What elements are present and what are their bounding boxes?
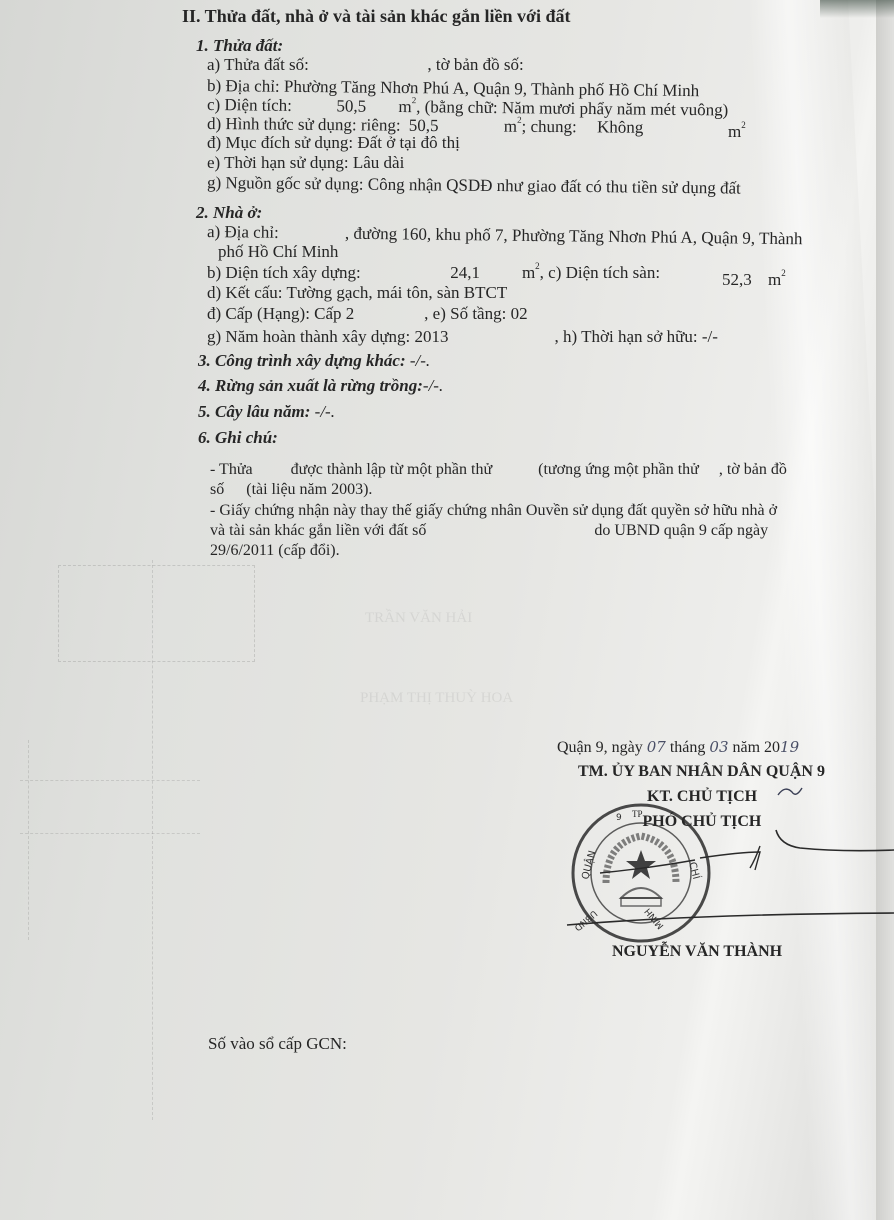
issue-year: 19 <box>780 738 799 756</box>
other-construction: 3. Công trình xây dựng khác: -/-. <box>198 351 430 371</box>
completed-label: g) Năm hoàn thành xây dựng: <box>207 327 410 346</box>
notes-line-1: - Thửa được thành lập từ một phần thử (t… <box>210 460 787 480</box>
usage-shared-label: ; chung: <box>522 117 577 136</box>
house-built-area: b) Diện tích xây dựng: 24,1m2, c) Diện t… <box>207 263 660 283</box>
svg-text:QUẬN: QUẬN <box>578 849 598 881</box>
floor-area-value: 52,3 <box>722 270 752 289</box>
bleed-through-text: PHẠM THỊ THUỲ HOA <box>360 690 513 707</box>
usage-shared-unit: m2 <box>728 122 746 142</box>
address-label: b) Địa chỉ: <box>207 76 280 96</box>
registry-number: Số vào sổ cấp GCN: <box>208 1034 347 1054</box>
notes-line-5: 29/6/2011 (cấp đổi). <box>210 541 340 561</box>
parcel-no-label: a) Thửa đất số: <box>207 55 309 74</box>
official-seal-icon: QUẬN 9 CHÍ MINH UBND <box>566 798 716 948</box>
built-area-value: 24,1 <box>365 263 480 283</box>
bleed-through-line <box>20 780 200 781</box>
floor-area-label: , c) Diện tích sàn: <box>540 263 660 282</box>
svg-text:CHÍ: CHÍ <box>686 860 703 880</box>
land-parcel-no: a) Thửa đất số: , tờ bản đồ số: <box>207 55 524 75</box>
registry-label: Số vào sổ cấp GCN: <box>208 1034 347 1053</box>
usage-form-label: d) Hình thức sử dụng: riêng: <box>207 114 401 135</box>
house-grade: đ) Cấp (Hạng): Cấp 2, e) Số tầng: 02 <box>207 304 528 324</box>
ownership-term-value: -/- <box>702 327 718 346</box>
house-structure: d) Kết cấu: Tường gạch, mái tôn, sàn BTC… <box>207 283 507 303</box>
floors-label: , e) Số tầng: <box>424 304 506 323</box>
planted-forest: 4. Rừng sản xuất là rừng trồng:-/-. <box>198 376 443 396</box>
house-address-cont: phố Hồ Chí Minh <box>218 242 338 262</box>
land-term: e) Thời hạn sử dụng: Lâu dài <box>207 153 404 173</box>
area-label: c) Diện tích: <box>207 95 292 115</box>
completed-value: 2013 <box>415 327 555 347</box>
purpose-label: đ) Mục đích sử dụng: <box>207 133 353 152</box>
bleed-through-line <box>20 833 200 834</box>
area-value: 50,5 <box>296 96 366 117</box>
issue-day: 07 <box>647 738 666 756</box>
notes-line-2: số (tài liệu năm 2003). <box>210 480 372 500</box>
section-title: II. Thửa đất, nhà ở và tài sản khác gắn … <box>182 6 571 26</box>
built-area-label: b) Diện tích xây dựng: <box>207 263 361 282</box>
land-purpose: đ) Mục đích sử dụng: Đất ở tại đô thị <box>207 133 460 153</box>
perennial-trees: 5. Cây lâu năm: -/-. <box>198 402 335 422</box>
issuing-org: TM. ỦY BAN NHÂN DÂN QUẬN 9 <box>578 762 825 782</box>
background-corner <box>820 0 894 18</box>
house-completed: g) Năm hoàn thành xây dựng: 2013, h) Thờ… <box>207 327 718 347</box>
notes-line-4: và tài sản khác gắn liền với đất số do U… <box>210 521 768 541</box>
area-unit: m <box>398 97 411 116</box>
origin-label: g) Nguồn gốc sử dụng: <box>207 173 364 194</box>
bleed-through-text: TRẦN VĂN HẢI <box>365 610 472 627</box>
grade-value: Cấp 2 <box>314 304 424 324</box>
notes-heading: 6. Ghi chú: <box>198 428 278 448</box>
house-address-label: a) Địa chỉ: <box>207 222 279 242</box>
bleed-through-line <box>28 740 29 940</box>
structure-label: d) Kết cấu: <box>207 283 283 302</box>
floors-value: 02 <box>511 304 528 323</box>
map-sheet-label: , tờ bản đồ số: <box>427 55 523 74</box>
land-heading: 1. Thửa đất: <box>196 36 283 56</box>
usage-shared-value: Không <box>597 117 643 136</box>
svg-text:9: 9 <box>616 813 622 823</box>
origin-value: Công nhận QSDĐ như giao đất có thu tiền … <box>368 175 741 198</box>
bleed-through-line <box>152 560 153 1120</box>
house-heading: 2. Nhà ở: <box>196 203 262 223</box>
notes-line-3: - Giấy chứng nhận này thay thế giấy chứn… <box>210 501 777 521</box>
signer-name: NGUYỄN VĂN THÀNH <box>612 942 782 962</box>
purpose-value: Đất ở tại đô thị <box>357 133 459 152</box>
grade-label: đ) Cấp (Hạng): <box>207 304 310 323</box>
issue-month: 03 <box>709 738 728 756</box>
term-label: e) Thời hạn sử dụng: <box>207 153 349 172</box>
structure-value: Tường gạch, mái tôn, sàn BTCT <box>286 283 507 302</box>
term-value: Lâu dài <box>353 153 404 172</box>
floor-area: 52,3 m2 <box>722 270 786 290</box>
paper-edge <box>876 0 894 1220</box>
bleed-through-table <box>58 565 255 662</box>
ownership-term-label: , h) Thời hạn sở hữu: <box>555 327 698 346</box>
issue-date: Quận 9, ngày 07 tháng 03 năm 2019 <box>557 737 799 758</box>
